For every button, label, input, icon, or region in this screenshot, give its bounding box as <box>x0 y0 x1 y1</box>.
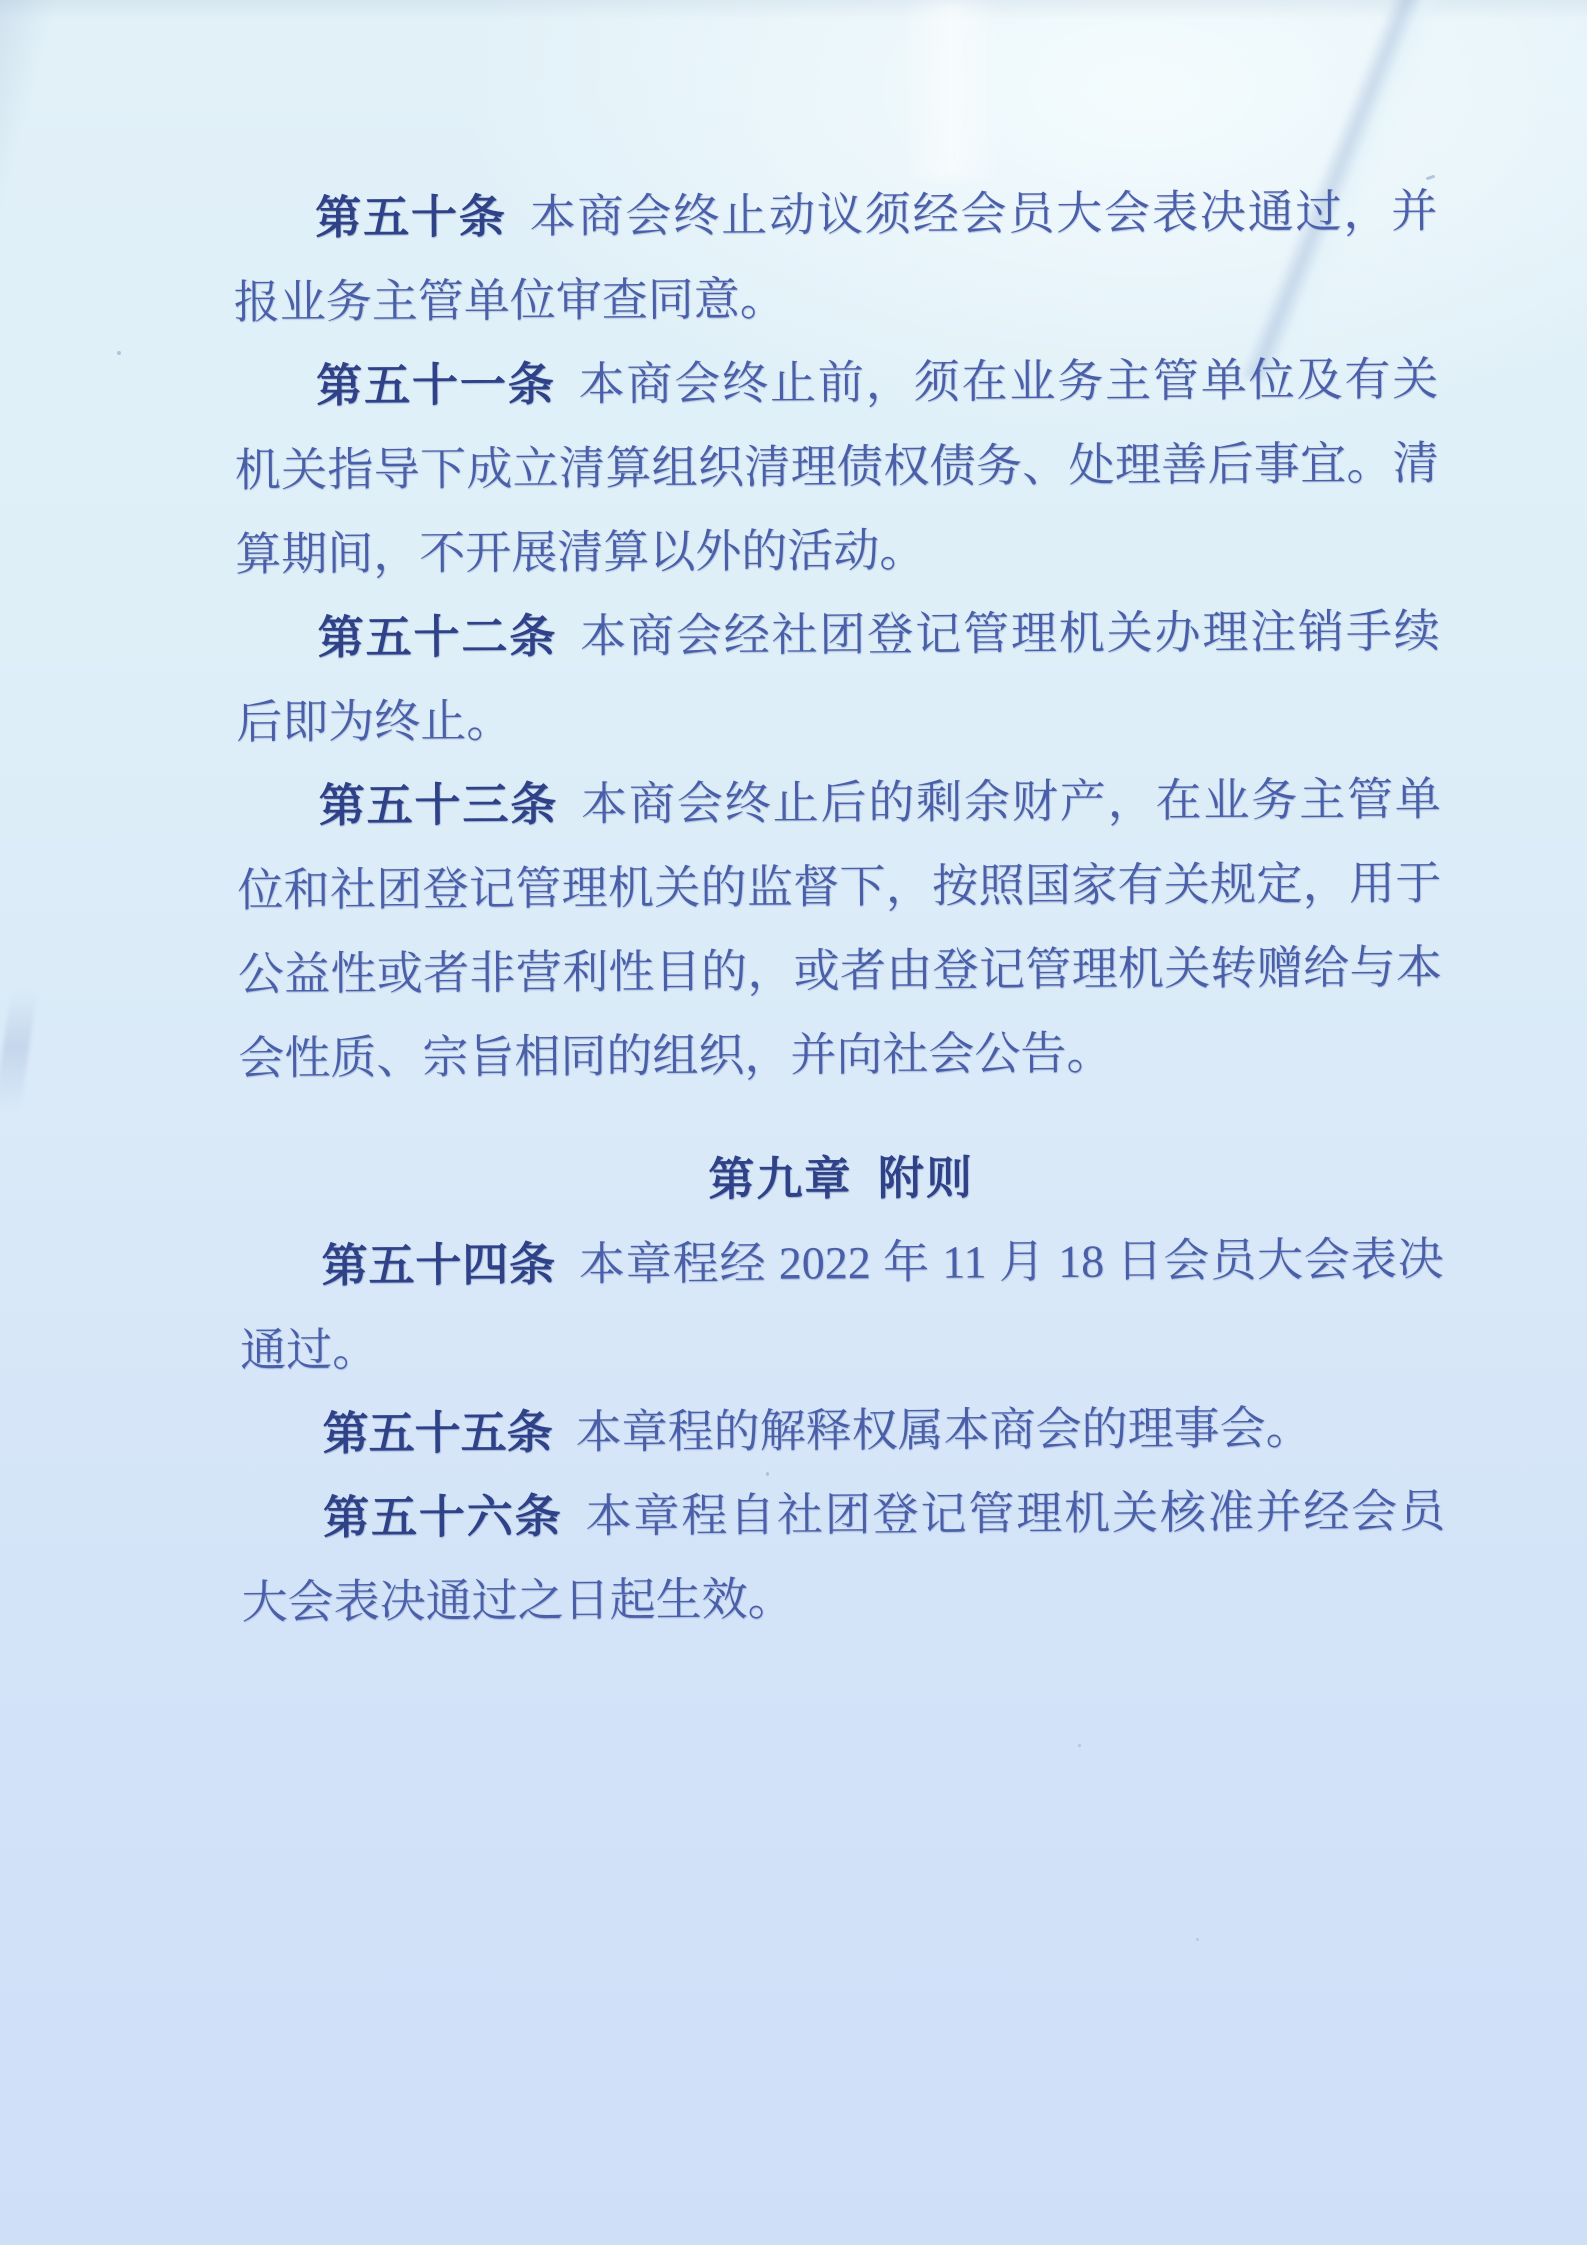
article-paragraph: 第五十二条本商会经社团登记管理机关办理注销手续后即为终止。 <box>236 590 1441 765</box>
article-paragraph: 第五十三条本商会终止后的剩余财产，在业务主管单位和社团登记管理机关的监督下，按照… <box>237 758 1443 1101</box>
article-number: 第五十二条 <box>318 611 558 663</box>
article-text: 本章程的解释权属本商会的理事会。 <box>576 1402 1312 1457</box>
bylaws-text-block: 第五十条本商会终止动议须经会员大会表决通过，并报业务主管单位审查同意。 第五十一… <box>233 170 1446 1645</box>
article-number: 第五十四条 <box>321 1239 556 1291</box>
paper-speck <box>117 351 121 355</box>
article-paragraph: 第五十一条本商会终止前，须在业务主管单位及有关机关指导下成立清算组织清理债权债务… <box>234 338 1440 597</box>
article-number: 第五十五条 <box>323 1407 553 1459</box>
article-number: 第五十六条 <box>323 1491 563 1543</box>
article-paragraph: 第五十六条本章程自社团登记管理机关核准并经会员大会表决通过之日起生效。 <box>241 1470 1446 1645</box>
paper-streak <box>900 0 1000 180</box>
chapter-heading: 第九章 附则 <box>239 1134 1443 1225</box>
paper-speck <box>1078 1744 1081 1747</box>
paper-speck <box>1196 1938 1199 1941</box>
article-number: 第五十一条 <box>316 359 556 411</box>
article-number: 第五十三条 <box>319 779 559 831</box>
article-number: 第五十条 <box>315 191 507 243</box>
scanned-bylaws-page: 第五十条本商会终止动议须经会员大会表决通过，并报业务主管单位审查同意。 第五十一… <box>0 0 1587 2245</box>
paper-smudge <box>0 974 39 1136</box>
article-paragraph: 第五十四条本章程经 2022 年 11 月 18 日会员大会表决通过。 <box>239 1218 1444 1393</box>
article-paragraph: 第五十五条本章程的解释权属本商会的理事会。 <box>240 1386 1444 1477</box>
article-paragraph: 第五十条本商会终止动议须经会员大会表决通过，并报业务主管单位审查同意。 <box>233 170 1438 345</box>
